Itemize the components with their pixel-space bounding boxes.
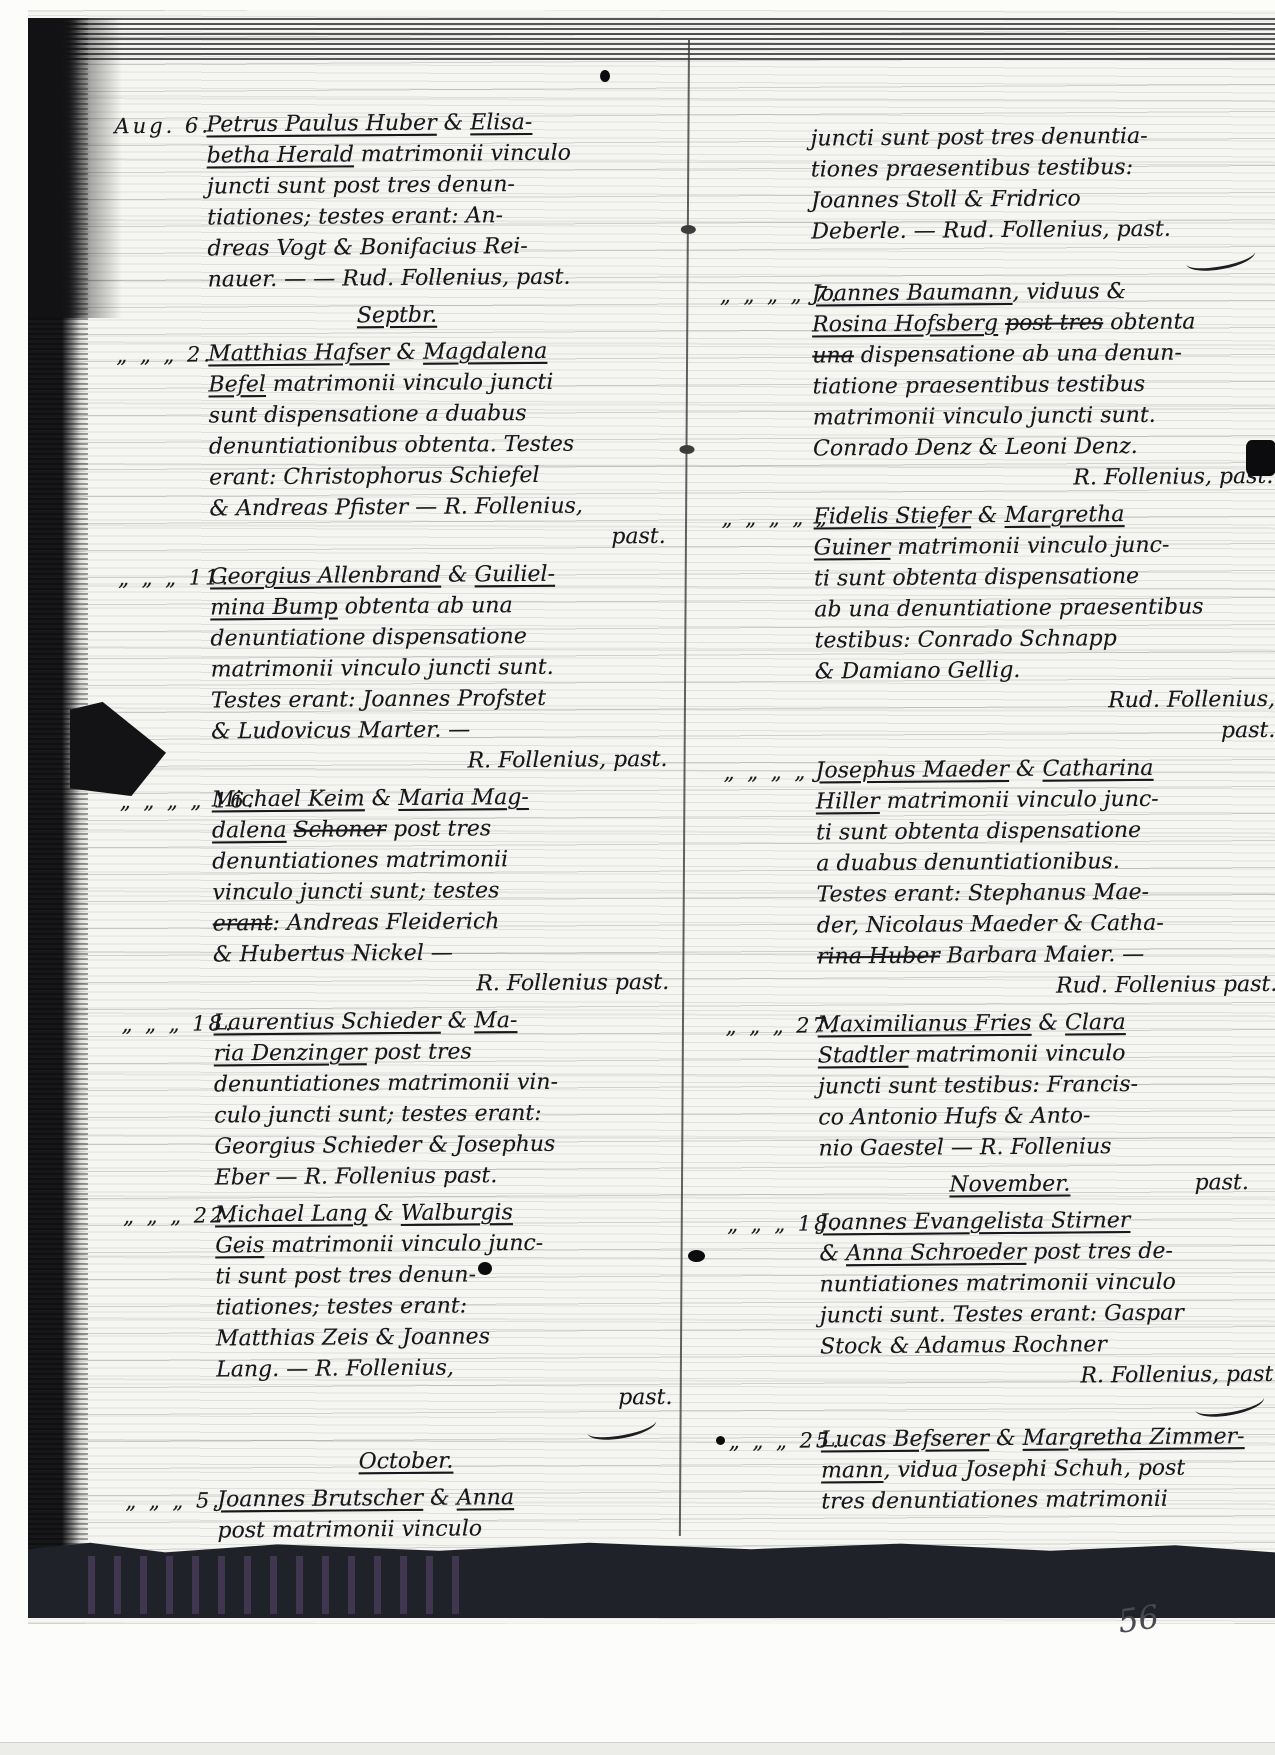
entry-line: juncti sunt post tres denuntia-	[811, 120, 1275, 155]
handwritten-text: nio Gaestel — R. Follenius	[818, 1134, 1111, 1161]
underlined-name: ria Denzinger	[214, 1040, 367, 1066]
entry-line: Petrus Paulus Huber & Elisa-	[206, 106, 676, 141]
handwritten-text: culo juncti sunt; testes erant:	[214, 1101, 542, 1129]
underlined-name: Maria Mag-	[398, 785, 529, 811]
handwritten-text: Testes erant: Joannes Profstet	[211, 686, 546, 714]
entry-line: Laurentius Schieder & Ma-	[213, 1004, 683, 1039]
entry-date: „ „ „ 11.	[118, 562, 231, 594]
underlined-name: Guiliel-	[475, 562, 556, 588]
entry-date: „ „ „ 27.	[725, 1010, 838, 1042]
struck-text: una	[812, 343, 854, 368]
handwritten-text: juncti sunt post tres denuntia-	[811, 124, 1148, 152]
entry-line: mann, vidua Josephi Schuh, post	[821, 1452, 1275, 1487]
handwritten-text: juncti sunt post tres denun-	[207, 172, 515, 199]
entry-line: & Damiano Gellig.	[815, 653, 1275, 688]
entry-line: Josephus Maeder & Catharina	[815, 752, 1275, 787]
handwritten-text: Stock & Adamus Rochner	[820, 1332, 1107, 1359]
handwritten-text: &	[1009, 757, 1043, 782]
entry-date: „ „ „ 18.	[727, 1208, 840, 1240]
entry-line: Guiner matrimonii vinculo junc-	[814, 529, 1275, 564]
entry-line: Befel matrimonii vinculo juncti	[208, 366, 678, 401]
month-heading: Septbr.	[116, 298, 678, 333]
underlined-name: Matthias Hafser	[208, 340, 389, 366]
entry-line: Lang. — R. Follenius,	[216, 1351, 686, 1386]
handwritten-text: tiones praesentibus testibus:	[811, 155, 1133, 183]
ink-speck	[688, 1250, 705, 1262]
entry-line: Stock & Adamus Rochner	[820, 1328, 1275, 1363]
marriage-entry: „ „ „ 18.Laurentius Schieder & Ma-ria De…	[121, 1004, 684, 1194]
underlined-name: Joannes Evangelista Stirner	[819, 1208, 1130, 1235]
entry-line: Michael Keim & Maria Mag-	[212, 781, 682, 816]
marriage-entry: juncti sunt post tres denuntia-tiones pr…	[719, 120, 1275, 273]
underlined-name: Guiner	[814, 535, 891, 561]
pastor-abbreviation: past.	[1194, 1167, 1249, 1198]
handwritten-text: tiationes; testes erant:	[216, 1293, 468, 1320]
underlined-name: Clara	[1065, 1010, 1126, 1035]
underlined-name: Catharina	[1042, 756, 1153, 782]
entry-line: una dispensatione ab una denun-	[812, 337, 1275, 372]
handwritten-text: testibus: Conrado Schnapp	[814, 626, 1116, 653]
handwritten-text: obtenta	[1103, 310, 1196, 336]
handwritten-text: &	[1031, 1011, 1065, 1036]
entry-line: betha Herald matrimonii vinculo	[207, 137, 677, 172]
entry-line: Rud. Follenius,	[815, 684, 1275, 719]
handwritten-text: &	[989, 1426, 1023, 1451]
handwritten-text: matrimonii vinculo	[908, 1041, 1125, 1068]
entry-date: Aug. 6.	[114, 110, 211, 142]
handwritten-text: matrimonii vinculo junc-	[880, 787, 1159, 814]
handwritten-text: juncti sunt testibus: Francis-	[818, 1072, 1138, 1100]
handwritten-text: denuntiatione dispensatione	[210, 624, 526, 651]
month-heading-text: Septbr.	[357, 303, 437, 329]
handwritten-text: & Andreas Pfister — R. Follenius,	[209, 494, 583, 522]
entry-line: Conrado Denz & Leoni Denz.	[813, 430, 1275, 465]
underlined-name: Fidelis Stiefer	[814, 503, 972, 529]
underlined-name: Elisa-	[470, 110, 532, 135]
marriage-entry: „ „ „ 18.Joannes Evangelista Stirner& An…	[727, 1204, 1275, 1419]
handwritten-text: Lang. — R. Follenius,	[216, 1356, 454, 1383]
handwritten-text: past.	[1221, 718, 1275, 743]
underlined-name: Anna Schroeder	[846, 1240, 1026, 1266]
entry-line: Michael Lang & Walburgis	[215, 1196, 685, 1231]
handwritten-text: matrimonii vinculo	[354, 141, 571, 168]
handwritten-text: post tres	[386, 816, 491, 842]
entry-date: „ „ „ „	[723, 757, 808, 789]
entry-line: & Andreas Pfister — R. Follenius,	[209, 490, 679, 525]
entry-line: juncti sunt post tres denun-	[207, 168, 677, 203]
entry-line: erant: Christophorus Schiefel	[209, 459, 679, 494]
handwritten-text: , vidua Josephi Schuh, post	[883, 1456, 1185, 1483]
entry-line: mina Bump obtenta ab una	[210, 589, 680, 624]
entry-line: co Antonio Hufs & Anto-	[818, 1099, 1275, 1134]
handwritten-text: post matrimonii vinculo	[217, 1516, 482, 1543]
entry-line: R. Follenius past.	[213, 967, 683, 1002]
entry-line: tiatione praesentibus testibus	[812, 368, 1275, 403]
ink-speck	[1246, 440, 1275, 476]
entry-line: matrimonii vinculo juncti sunt.	[211, 651, 681, 686]
handwritten-text: Eber — R. Follenius past.	[215, 1163, 498, 1190]
handwritten-text: tres denuntiationes matrimonii	[821, 1487, 1168, 1515]
marriage-entry: „ „ „ 27.Maximilianus Fries & ClaraStadt…	[725, 1006, 1275, 1165]
entry-line: ti sunt post tres denun-	[215, 1258, 685, 1293]
handwritten-text: ti sunt obtenta dispensatione	[816, 818, 1141, 846]
entry-line: dreas Vogt & Bonifacius Rei-	[207, 230, 677, 265]
handwritten-text: denuntiationes matrimonii	[212, 847, 508, 874]
handwritten-text: &	[819, 1241, 846, 1266]
entry-line: Lucas Befserer & Margretha Zimmer-	[821, 1421, 1275, 1456]
entry-line: erant: Andreas Fleiderich	[213, 905, 683, 940]
underlined-name: Magdalena	[423, 339, 547, 365]
register-column-right: juncti sunt post tres denuntia-tiones pr…	[719, 120, 1275, 1524]
handwritten-text: & Hubertus Nickel —	[213, 941, 453, 968]
entry-line: Hiller matrimonii vinculo junc-	[816, 783, 1275, 818]
entry-date: „ „ „ 5.	[125, 1485, 222, 1517]
entry-date: „ „ „ 22.	[123, 1200, 236, 1232]
entry-line: Joannes Baumann, viduus &	[812, 275, 1275, 310]
entry-line: Rosina Hofsberg post tres obtenta	[812, 306, 1275, 341]
handwritten-text: nuntiationes matrimonii vinculo	[820, 1270, 1176, 1298]
marriage-entry: „ „ „ 5.Joannes Brutscher & Annapost mat…	[125, 1481, 687, 1547]
handwritten-text: sunt dispensatione a duabus	[209, 401, 527, 428]
handwritten-text: erant: Christophorus Schiefel	[209, 463, 539, 491]
entry-line: nio Gaestel — R. Follenius	[818, 1130, 1275, 1165]
handwritten-text: Joannes Stoll & Fridrico	[811, 186, 1081, 213]
entry-line: past.	[815, 715, 1275, 750]
entry-line: tiationes; testes erant:	[216, 1289, 686, 1324]
handwritten-text: tiationes; testes erant: An-	[207, 203, 503, 230]
marriage-entry: „ „ „ 2.Matthias Hafser & MagdalenaBefel…	[116, 335, 680, 556]
entry-line: Deberle. — Rud. Follenius, past.	[811, 213, 1275, 248]
ink-speck	[681, 225, 696, 234]
scan-artifact-top-band	[28, 18, 1275, 62]
handwritten-text: der, Nicolaus Maeder & Catha-	[817, 911, 1164, 939]
scanned-marriage-register-page: Aug. 6.Petrus Paulus Huber & Elisa-betha…	[0, 0, 1275, 1755]
marriage-entry: „ „ „ „ 7.Joannes Baumann, viduus &Rosin…	[720, 275, 1275, 496]
underlined-name: Befel	[208, 372, 266, 397]
scan-artifact-bottom-band	[28, 1538, 1275, 1618]
entry-line: a duabus denuntiationibus.	[816, 845, 1275, 880]
entry-line: ti sunt obtenta dispensatione	[814, 560, 1275, 595]
underlined-name: Josephus Maeder	[815, 757, 1009, 784]
struck-text: erant	[213, 911, 273, 936]
handwritten-text: matrimonii vinculo junc-	[264, 1231, 543, 1258]
handwritten-text: & Ludovicus Marter. —	[211, 717, 470, 744]
handwritten-text: &	[441, 1008, 475, 1033]
pen-flourish	[585, 1409, 658, 1444]
underlined-name: Lucas Befserer	[821, 1426, 989, 1452]
scanner-edge	[0, 1742, 1275, 1755]
entry-line: Geis matrimonii vinculo junc-	[215, 1227, 685, 1262]
handwritten-text: past.	[618, 1385, 673, 1410]
entry-line: tres denuntiationes matrimonii	[821, 1483, 1275, 1518]
entry-date: „ „ „ „ „	[721, 502, 829, 534]
handwritten-text: &	[365, 786, 399, 811]
handwritten-text: Conrado Denz & Leoni Denz.	[813, 434, 1138, 462]
underlined-name: Maximilianus Fries	[817, 1011, 1031, 1038]
entry-line: R. Follenius, past.	[820, 1359, 1275, 1394]
marriage-entry: „ „ „ „ „Fidelis Stiefer & MargrethaGuin…	[721, 498, 1275, 750]
underlined-name: Walburgis	[401, 1200, 513, 1226]
entry-line: Testes erant: Stephanus Mae-	[816, 876, 1275, 911]
handwritten-text: Rud. Follenius,	[1108, 687, 1275, 713]
entry-line: Testes erant: Joannes Profstet	[211, 682, 681, 717]
handwritten-text: & Damiano Gellig.	[815, 658, 1021, 685]
entry-line: ria Denzinger post tres	[214, 1035, 684, 1070]
entry-line: Matthias Hafser & Magdalena	[208, 335, 678, 370]
handwritten-text: R. Follenius, past.	[1073, 464, 1273, 491]
handwritten-text: &	[389, 340, 423, 365]
handwritten-text: ab una denuntiatione praesentibus	[814, 594, 1203, 622]
ink-speck	[679, 445, 694, 454]
entry-line: past.	[216, 1382, 686, 1417]
ink-speck	[478, 1262, 492, 1275]
underlined-name: Michael Lang	[215, 1201, 367, 1227]
handwritten-text: matrimonii vinculo juncti sunt.	[211, 655, 554, 683]
marriage-entry: „ „ „ 22.Michael Lang & WalburgisGeis ma…	[123, 1196, 687, 1442]
entry-line: & Anna Schroeder post tres de-	[819, 1235, 1275, 1270]
handwritten-text: matrimonii vinculo juncti	[266, 370, 554, 397]
struck-text: post tres	[1005, 310, 1103, 336]
entry-line: juncti sunt testibus: Francis-	[818, 1068, 1275, 1103]
handwritten-text: nauer. — — Rud. Follenius, past.	[208, 265, 571, 293]
entry-line: Eber — R. Follenius past.	[215, 1159, 685, 1194]
ink-speck	[600, 70, 610, 82]
entry-line: Rud. Follenius past.	[817, 969, 1275, 1004]
entry-line: vinculo juncti sunt; testes	[212, 874, 682, 909]
entry-line: tiones praesentibus testibus:	[811, 151, 1275, 186]
underlined-name: mann	[821, 1458, 884, 1483]
entry-line: dalena Schoner post tres	[212, 812, 682, 847]
entry-date: „ „ „ „ 7.	[720, 279, 841, 311]
entry-line: tiationes; testes erant: An-	[207, 199, 677, 234]
handwritten-text: post tres de-	[1026, 1239, 1173, 1265]
handwritten-text: a duabus denuntiationibus.	[816, 849, 1120, 876]
entry-date: „ „ „ „ 16.	[120, 785, 257, 817]
entry-line: R. Follenius, past.	[211, 744, 681, 779]
entry-line: nuntiationes matrimonii vinculo	[820, 1266, 1275, 1301]
underlined-name: dalena	[212, 818, 287, 844]
handwritten-text: post tres	[367, 1039, 472, 1065]
entry-line: der, Nicolaus Maeder & Catha-	[817, 907, 1275, 942]
handwritten-text: matrimonii vinculo juncti sunt.	[813, 403, 1156, 431]
entry-line: denuntiationes matrimonii	[212, 843, 682, 878]
handwritten-text: juncti sunt. Testes erant: Gaspar	[820, 1301, 1184, 1329]
underlined-name: Anna	[457, 1485, 515, 1510]
entry-line: Georgius Schieder & Josephus	[214, 1128, 684, 1163]
entry-line: culo juncti sunt; testes erant:	[214, 1097, 684, 1132]
underlined-name: Joannes Baumann	[812, 280, 1013, 307]
page-number: 56	[1116, 1597, 1162, 1640]
entry-line: sunt dispensatione a duabus	[209, 397, 679, 432]
handwritten-text: , viduus &	[1012, 279, 1126, 305]
handwritten-text: Testes erant: Stephanus Mae-	[816, 880, 1149, 908]
marriage-entry: „ „ „ 11.Georgius Allenbrand & Guiliel-m…	[118, 558, 682, 779]
entry-line: & Hubertus Nickel —	[213, 936, 683, 971]
entry-line: Joannes Brutscher & Anna	[217, 1481, 687, 1516]
handwritten-text: &	[437, 110, 471, 135]
underlined-name: Margretha Zimmer-	[1023, 1424, 1245, 1451]
entry-line: nauer. — — Rud. Follenius, past.	[208, 261, 678, 296]
marriage-entry: „ „ „ 25.Lucas Befserer & Margretha Zimm…	[729, 1421, 1275, 1518]
handwritten-text: &	[423, 1486, 457, 1511]
underlined-name: Georgius Allenbrand	[210, 563, 441, 590]
entry-line: Fidelis Stiefer & Margretha	[813, 498, 1275, 533]
handwritten-text: dispensatione ab una denun-	[854, 341, 1182, 369]
handwritten-text: Deberle. — Rud. Follenius, past.	[811, 217, 1171, 245]
entry-line: juncti sunt. Testes erant: Gaspar	[820, 1297, 1275, 1332]
handwritten-text: Georgius Schieder & Josephus	[214, 1132, 555, 1160]
underlined-name: betha Herald	[207, 142, 354, 168]
underlined-name: Ma-	[474, 1008, 517, 1033]
underlined-name: Petrus Paulus Huber	[206, 111, 436, 138]
struck-text: rina Huber	[817, 944, 940, 970]
entry-line: ti sunt obtenta dispensatione	[816, 814, 1275, 849]
entry-line: rina Huber Barbara Maier. —	[817, 938, 1275, 973]
handwritten-text: co Antonio Hufs & Anto-	[818, 1103, 1090, 1130]
entry-date: „ „ „ 2.	[116, 339, 213, 371]
handwritten-text: R. Follenius, past.	[467, 747, 667, 774]
entry-line: post matrimonii vinculo	[217, 1512, 687, 1547]
entry-line: Matthias Zeis & Joannes	[216, 1320, 686, 1355]
underlined-name: Margretha	[1004, 502, 1124, 528]
handwritten-text: : Andreas Fleiderich	[272, 909, 499, 936]
underlined-name: Hiller	[816, 789, 880, 815]
underlined-name: Laurentius Schieder	[213, 1009, 440, 1036]
handwritten-text: R. Follenius past.	[476, 970, 669, 997]
entry-line: matrimonii vinculo juncti sunt.	[813, 399, 1275, 434]
entry-line: denuntiatione dispensatione	[210, 620, 680, 655]
marriage-entry: Aug. 6.Petrus Paulus Huber & Elisa-betha…	[114, 106, 677, 296]
month-heading-text: November.	[949, 1172, 1070, 1198]
handwritten-text: tiatione praesentibus testibus	[812, 372, 1145, 400]
handwritten-text: ti sunt post tres denun-	[215, 1262, 476, 1289]
entry-line: Joannes Stoll & Fridrico	[811, 182, 1275, 217]
entry-line: & Ludovicus Marter. —	[211, 713, 681, 748]
handwritten-text: R. Follenius, past.	[1080, 1362, 1275, 1389]
handwritten-text: &	[441, 562, 475, 587]
underlined-name: Stadtler	[818, 1043, 909, 1069]
handwritten-text: &	[367, 1201, 401, 1226]
month-heading-text: October.	[359, 1449, 454, 1475]
underlined-name: Joannes Brutscher	[217, 1486, 423, 1513]
handwritten-text: matrimonii vinculo junc-	[890, 533, 1169, 560]
entry-date: „ „ „ 18.	[121, 1008, 234, 1040]
handwritten-text: denuntiationibus obtenta. Testes	[209, 432, 574, 460]
entry-line: Maximilianus Fries & Clara	[817, 1006, 1275, 1041]
entry-line: denuntiationibus obtenta. Testes	[209, 428, 679, 463]
handwritten-text: vinculo juncti sunt; testes	[212, 878, 499, 905]
entry-line: denuntiationes matrimonii vin-	[214, 1066, 684, 1101]
entry-line: R. Follenius, past.	[813, 461, 1275, 496]
handwritten-text: Barbara Maier. —	[940, 942, 1145, 969]
handwritten-text: ti sunt obtenta dispensatione	[814, 564, 1139, 592]
scan-artifact-left-shadow	[28, 18, 122, 318]
month-heading: October.	[125, 1444, 687, 1479]
handwritten-text: Matthias Zeis & Joannes	[216, 1324, 490, 1351]
pen-flourish	[1193, 1386, 1266, 1421]
handwritten-text: dreas Vogt & Bonifacius Rei-	[207, 234, 528, 262]
month-heading: November.past.	[727, 1167, 1275, 1202]
handwritten-text: obtenta ab una	[338, 593, 513, 619]
underlined-name: Rosina Hofsberg	[812, 311, 998, 337]
marriage-entry: „ „ „ „Josephus Maeder & CatharinaHiller…	[723, 752, 1275, 1004]
handwritten-text: denuntiationes matrimonii vin-	[214, 1070, 558, 1098]
struck-text: Schoner	[293, 817, 386, 843]
scan-streaks	[88, 1556, 468, 1614]
marriage-entry: „ „ „ „ 16.Michael Keim & Maria Mag-dale…	[120, 781, 684, 1002]
ink-speck	[716, 1436, 725, 1445]
register-column-left: Aug. 6.Petrus Paulus Huber & Elisa-betha…	[114, 106, 687, 1553]
entry-line: ab una denuntiatione praesentibus	[814, 591, 1275, 626]
entry-line: Stadtler matrimonii vinculo	[818, 1037, 1275, 1072]
entry-date: „ „ „ 25.	[729, 1425, 842, 1457]
photocopy-area: Aug. 6.Petrus Paulus Huber & Elisa-betha…	[28, 10, 1275, 1624]
entry-line: Georgius Allenbrand & Guiliel-	[210, 558, 680, 593]
entry-line: Joannes Evangelista Stirner	[819, 1204, 1275, 1239]
underlined-name: Geis	[215, 1233, 264, 1258]
pen-flourish	[1184, 240, 1257, 275]
handwritten-text: past.	[611, 524, 666, 549]
handwritten-text: Rud. Follenius past.	[1056, 972, 1275, 999]
underlined-name: mina Bump	[210, 594, 338, 620]
entry-line: past.	[210, 521, 680, 556]
handwritten-text: &	[971, 503, 1005, 528]
entry-line: testibus: Conrado Schnapp	[814, 622, 1275, 657]
